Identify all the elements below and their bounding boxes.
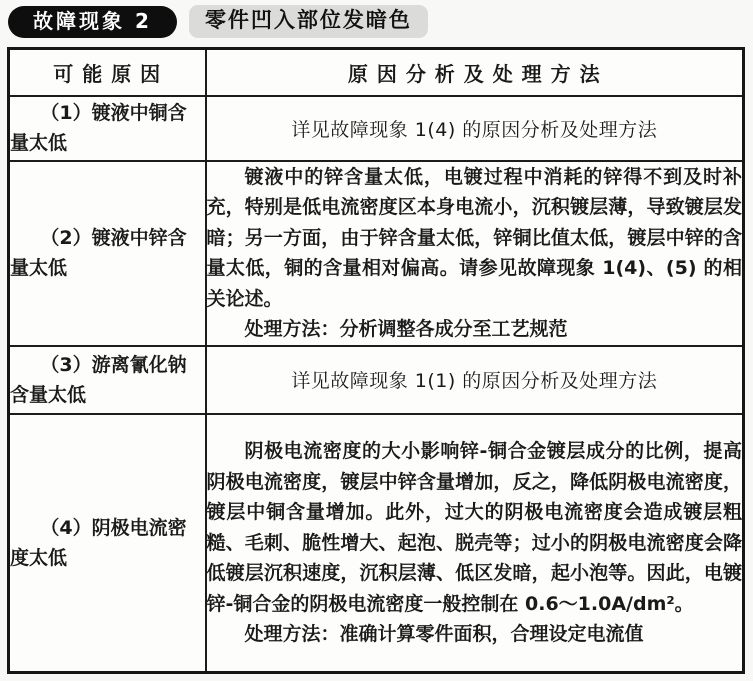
fault-header: 故障现象 2 零件凹入部位发暗色 — [8, 5, 746, 38]
book-page: 故障现象 2 零件凹入部位发暗色 可 能 原 因 原 因 分 析 及 处 理 方… — [0, 0, 753, 674]
cause-text-2: （2）镀液中锌含量太低 — [10, 223, 205, 283]
column-header-cause: 可 能 原 因 — [9, 49, 206, 96]
cause-cell-4: （4）阴极电流密度太低 — [9, 414, 206, 673]
analysis-cell-4: 阴极电流密度的大小影响锌-铜合金镀层成分的比例，提高阴极电流密度，镀层中锌含量增… — [206, 414, 744, 673]
cause-cell-2: （2）镀液中锌含量太低 — [9, 161, 206, 346]
fault-title-badge: 零件凹入部位发暗色 — [189, 5, 428, 38]
analysis-cell-1: 详见故障现象 1(4) 的原因分析及处理方法 — [206, 96, 744, 161]
treatment-method-4: 处理方法：准确计算零件面积，合理设定电流值 — [207, 619, 743, 650]
fault-cause-table: 可 能 原 因 原 因 分 析 及 处 理 方 法 （1）镀液中铜含量太低 详见… — [7, 47, 745, 674]
table-header-row: 可 能 原 因 原 因 分 析 及 处 理 方 法 — [9, 49, 744, 96]
table-row: （4）阴极电流密度太低 阴极电流密度的大小影响锌-铜合金镀层成分的比例，提高阴极… — [9, 414, 744, 673]
analysis-cell-2: 镀液中的锌含量太低，电镀过程中消耗的锌得不到及时补充，特别是低电流密度区本身电流… — [206, 161, 744, 346]
treatment-method-2: 处理方法：分析调整各成分至工艺规范 — [207, 314, 743, 345]
column-header-analysis: 原 因 分 析 及 处 理 方 法 — [206, 49, 744, 96]
cause-text-3: （3）游离氰化钠含量太低 — [10, 350, 205, 410]
fault-number-badge: 故障现象 2 — [8, 6, 177, 38]
table-row: （3）游离氰化钠含量太低 详见故障现象 1(1) 的原因分析及处理方法 — [9, 346, 744, 414]
analysis-paragraph-2: 镀液中的锌含量太低，电镀过程中消耗的锌得不到及时补充，特别是低电流密度区本身电流… — [207, 162, 743, 315]
table-row: （2）镀液中锌含量太低 镀液中的锌含量太低，电镀过程中消耗的锌得不到及时补充，特… — [9, 161, 744, 346]
cause-cell-3: （3）游离氰化钠含量太低 — [9, 346, 206, 414]
cause-cell-1: （1）镀液中铜含量太低 — [9, 96, 206, 161]
cause-text-4: （4）阴极电流密度太低 — [10, 513, 205, 573]
table-row: （1）镀液中铜含量太低 详见故障现象 1(4) 的原因分析及处理方法 — [9, 96, 744, 161]
cause-text-1: （1）镀液中铜含量太低 — [10, 98, 205, 158]
analysis-paragraph-4: 阴极电流密度的大小影响锌-铜合金镀层成分的比例，提高阴极电流密度，镀层中锌含量增… — [207, 436, 743, 619]
analysis-cell-3: 详见故障现象 1(1) 的原因分析及处理方法 — [206, 346, 744, 414]
